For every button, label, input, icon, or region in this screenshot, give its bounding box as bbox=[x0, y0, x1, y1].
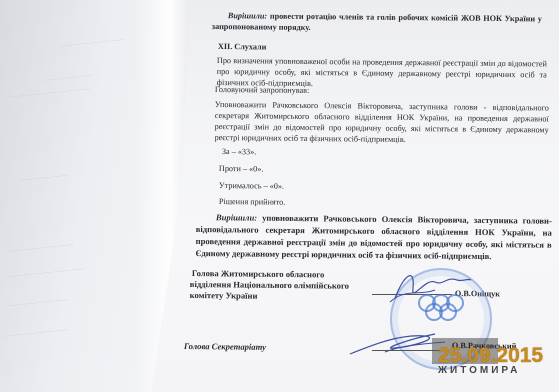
ghost-text: ——— ——— ——— ——— bbox=[10, 242, 74, 256]
ghost-text: ——— ——— ——— bbox=[45, 73, 93, 85]
ghost-text: ——— ——— ——— ——— ——— bbox=[10, 86, 90, 101]
decision: Вирішили: уповноважити Рачковського Олек… bbox=[195, 211, 551, 263]
title-line: комітету України bbox=[190, 290, 349, 303]
signature-line-2 bbox=[372, 350, 440, 351]
ghost-text: ——— ——— ——— ——— bbox=[5, 327, 69, 341]
signature-1-scribble bbox=[385, 268, 475, 308]
signatory-2-title: Голова Секретаріату bbox=[184, 341, 266, 353]
proposal-text: Уповноважити Рачковського Олексія Віктор… bbox=[215, 99, 549, 146]
vote-against: Проти – «0». bbox=[219, 163, 264, 174]
resolution-header: Вирішили: провести ротацію членів та гол… bbox=[212, 10, 542, 35]
vote-abstained: Утрималось – «0». bbox=[219, 180, 284, 192]
ghost-text: ——— ——— ——— ——— bbox=[5, 297, 69, 311]
signatory-1-title: Голова Житомирського обласного відділенн… bbox=[190, 268, 349, 303]
ghost-text: ——— ——— ——— ——— bbox=[60, 37, 124, 51]
decision-label: Вирішили: bbox=[196, 212, 257, 223]
vote-for: За – «33». bbox=[222, 146, 256, 157]
vote-result: Рішення прийнято. bbox=[219, 196, 285, 208]
ghost-text: ——— ——— ——— ——— ——— bbox=[5, 266, 85, 281]
watermark: 25.09.2015 ЖИТОМИРА bbox=[438, 344, 543, 376]
resolution-label: Вирішили: bbox=[212, 11, 267, 21]
ghost-text: ——— ——— ——— bbox=[20, 173, 68, 185]
chair-proposed-label: Головуючий запропонував: bbox=[215, 84, 310, 96]
section-heading: XII. Слухали bbox=[218, 41, 267, 53]
